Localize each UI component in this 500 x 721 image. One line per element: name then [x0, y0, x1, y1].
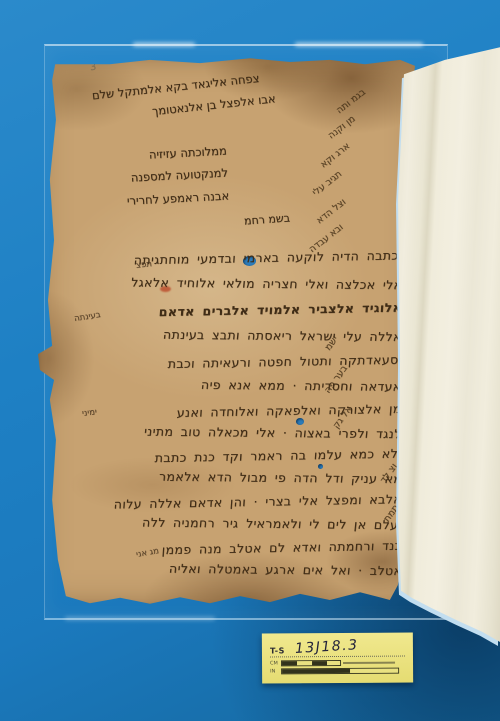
text-line: אטלב · ואל אים ארגע באמטלה ואליה	[168, 561, 403, 578]
scale-extension	[343, 661, 395, 663]
classmark-prefix: T-S	[270, 646, 285, 655]
glass-highlight	[133, 43, 195, 46]
text-line: מן אלצורקה ואלפאקה ואלוחדה ואנע	[177, 401, 403, 420]
text-line: לנגד ולפרי באצוה · אלי מכאלה טוב מתיני	[144, 424, 403, 441]
classmark-number: 13J18.3	[294, 637, 358, 657]
scale-segment	[327, 660, 340, 664]
scale-bar-in: IN	[270, 668, 405, 674]
margin-note: בגמ ותה	[334, 87, 368, 117]
address-block: ממלוכתה עזיזיה למנקטועה למספנה אבנה ראמפ…	[54, 140, 229, 216]
scale-segment	[312, 661, 327, 665]
text-line: אלי אכלצה ואלי חצריה מולאי אלוחיד אלאגל	[130, 275, 403, 292]
text-line: ועלם אן לים לי ולאמראיל גיר רחמניה ללה	[141, 515, 402, 532]
paper-hole	[318, 464, 323, 469]
scale-segment	[282, 661, 297, 665]
cm-segments	[281, 659, 341, 665]
text-line: אללה עלי ישראל ריאסתה ותבצ בעינתה	[163, 327, 403, 344]
interlinear-note: בעינתה	[73, 310, 101, 324]
classmark-row: T-S 13J18.3	[270, 638, 405, 658]
scale-segment	[282, 668, 350, 672]
scale-segment	[297, 661, 312, 665]
glass-highlight	[295, 43, 423, 46]
text-line: וכתבה הדיה לוקעה בארמי ובדמעי מוחתגיתה	[133, 248, 402, 268]
classmark-label: T-S 13J18.3 CM IN	[262, 632, 413, 683]
margin-note: מן וקנה	[326, 113, 358, 141]
invocation-line: בשמ רחמ	[244, 211, 291, 227]
margin-note: תגיב עלי	[310, 169, 344, 199]
interlinear-note: מג אני	[135, 546, 159, 560]
margin-note: וצל הדא	[314, 197, 348, 227]
text-line: וסעאדתקה ותטול חפטה ורעאיתה וכבת	[167, 352, 403, 371]
text-line: בנד ורחמתה ואדא לם אטלב מנה פממן	[161, 538, 403, 557]
cm-label: CM	[270, 660, 281, 666]
text-line: מא עניק ודל הדה פי מבול הדא אלאמר	[158, 469, 403, 486]
margin-note: ארג וקא	[318, 141, 352, 171]
text-line: אלוגיד אלצביר אלמויד אלברים אדאם	[158, 300, 402, 319]
text-line: ולא כמא עלמו בה ראמר וקד כנת כתבת	[155, 446, 403, 465]
glass-highlight	[65, 617, 215, 620]
folder-flap	[394, 46, 500, 648]
text-line: אלבא ומפצל אלי בצרי · והן אדאם אללה עלוה	[113, 492, 402, 512]
in-label: IN	[270, 668, 281, 674]
photo-scene: 3 צפחה אליגאד בקא אלמתקל שלם אבו אלפצל ב…	[0, 0, 500, 721]
scale-bar-cm: CM	[270, 660, 405, 666]
interlinear-note: תפצ	[136, 259, 153, 271]
text-line: אעדאה וחסדיתה · ממא אנא פיה	[201, 377, 403, 394]
scale-segment	[350, 668, 398, 672]
interlinear-note: ימיני	[82, 407, 98, 419]
manuscript-fragment: 3 צפחה אליגאד בקא אלמתקל שלם אבו אלפצל ב…	[38, 56, 420, 606]
paper-hole	[296, 418, 304, 425]
in-segments	[281, 667, 399, 674]
header-block: צפחה אליגאד בקא אלמתקל שלם אבו אלפצל בן …	[64, 68, 262, 132]
